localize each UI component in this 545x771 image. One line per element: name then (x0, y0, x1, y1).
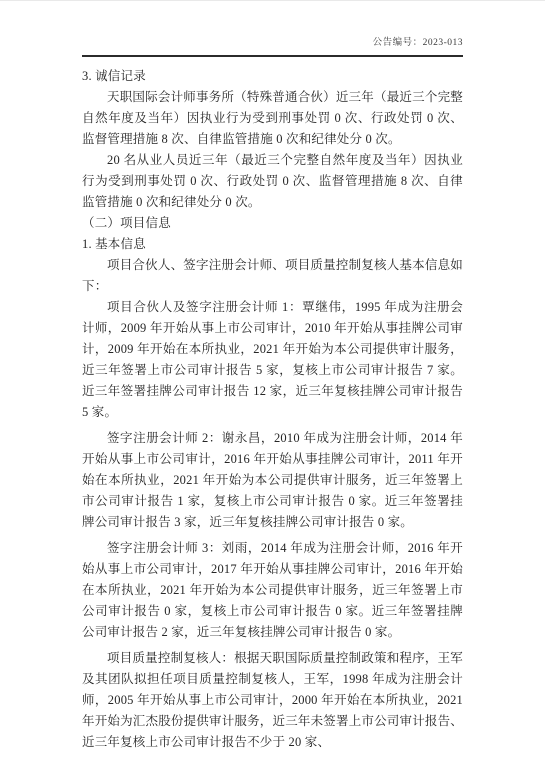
section-heading-project-info: （二）项目信息 (82, 213, 463, 234)
paragraph-partner-cpa-1: 项目合伙人及签字注册会计师 1：覃继伟，1995 年成为注册会计师，2009 年… (82, 297, 463, 423)
paragraph-staff-integrity: 20 名从业人员近三年（最近三个完整自然年度及当年）因执业行为受到刑事处罚 0 … (82, 150, 463, 213)
paragraph-cpa-2: 签字注册会计师 2：谢永昌，2010 年成为注册会计师，2014 年开始从事上市… (82, 428, 463, 533)
document-body: 3. 诚信记录 天职国际会计师事务所（特殊普通合伙）近三年（最近三个完整自然年度… (0, 57, 545, 753)
section-heading-integrity-record: 3. 诚信记录 (82, 66, 463, 87)
paragraph-cpa-3: 签字注册会计师 3：刘雨，2014 年成为注册会计师，2016 年开始从事上市公… (82, 538, 463, 643)
announcement-number: 公告编号：2023-013 (0, 1, 545, 49)
paragraph-quality-control-reviewer: 项目质量控制复核人：根据天职国际质量控制政策和程序，王军及其团队拟担任项目质量控… (82, 648, 463, 753)
section-heading-basic-info: 1. 基本信息 (82, 234, 463, 255)
paragraph-firm-integrity: 天职国际会计师事务所（特殊普通合伙）近三年（最近三个完整自然年度及当年）因执业行… (82, 87, 463, 150)
document-page: 公告编号：2023-013 3. 诚信记录 天职国际会计师事务所（特殊普通合伙）… (0, 0, 545, 771)
paragraph-basic-info-intro: 项目合伙人、签字注册会计师、项目质量控制复核人基本信息如下： (82, 255, 463, 297)
